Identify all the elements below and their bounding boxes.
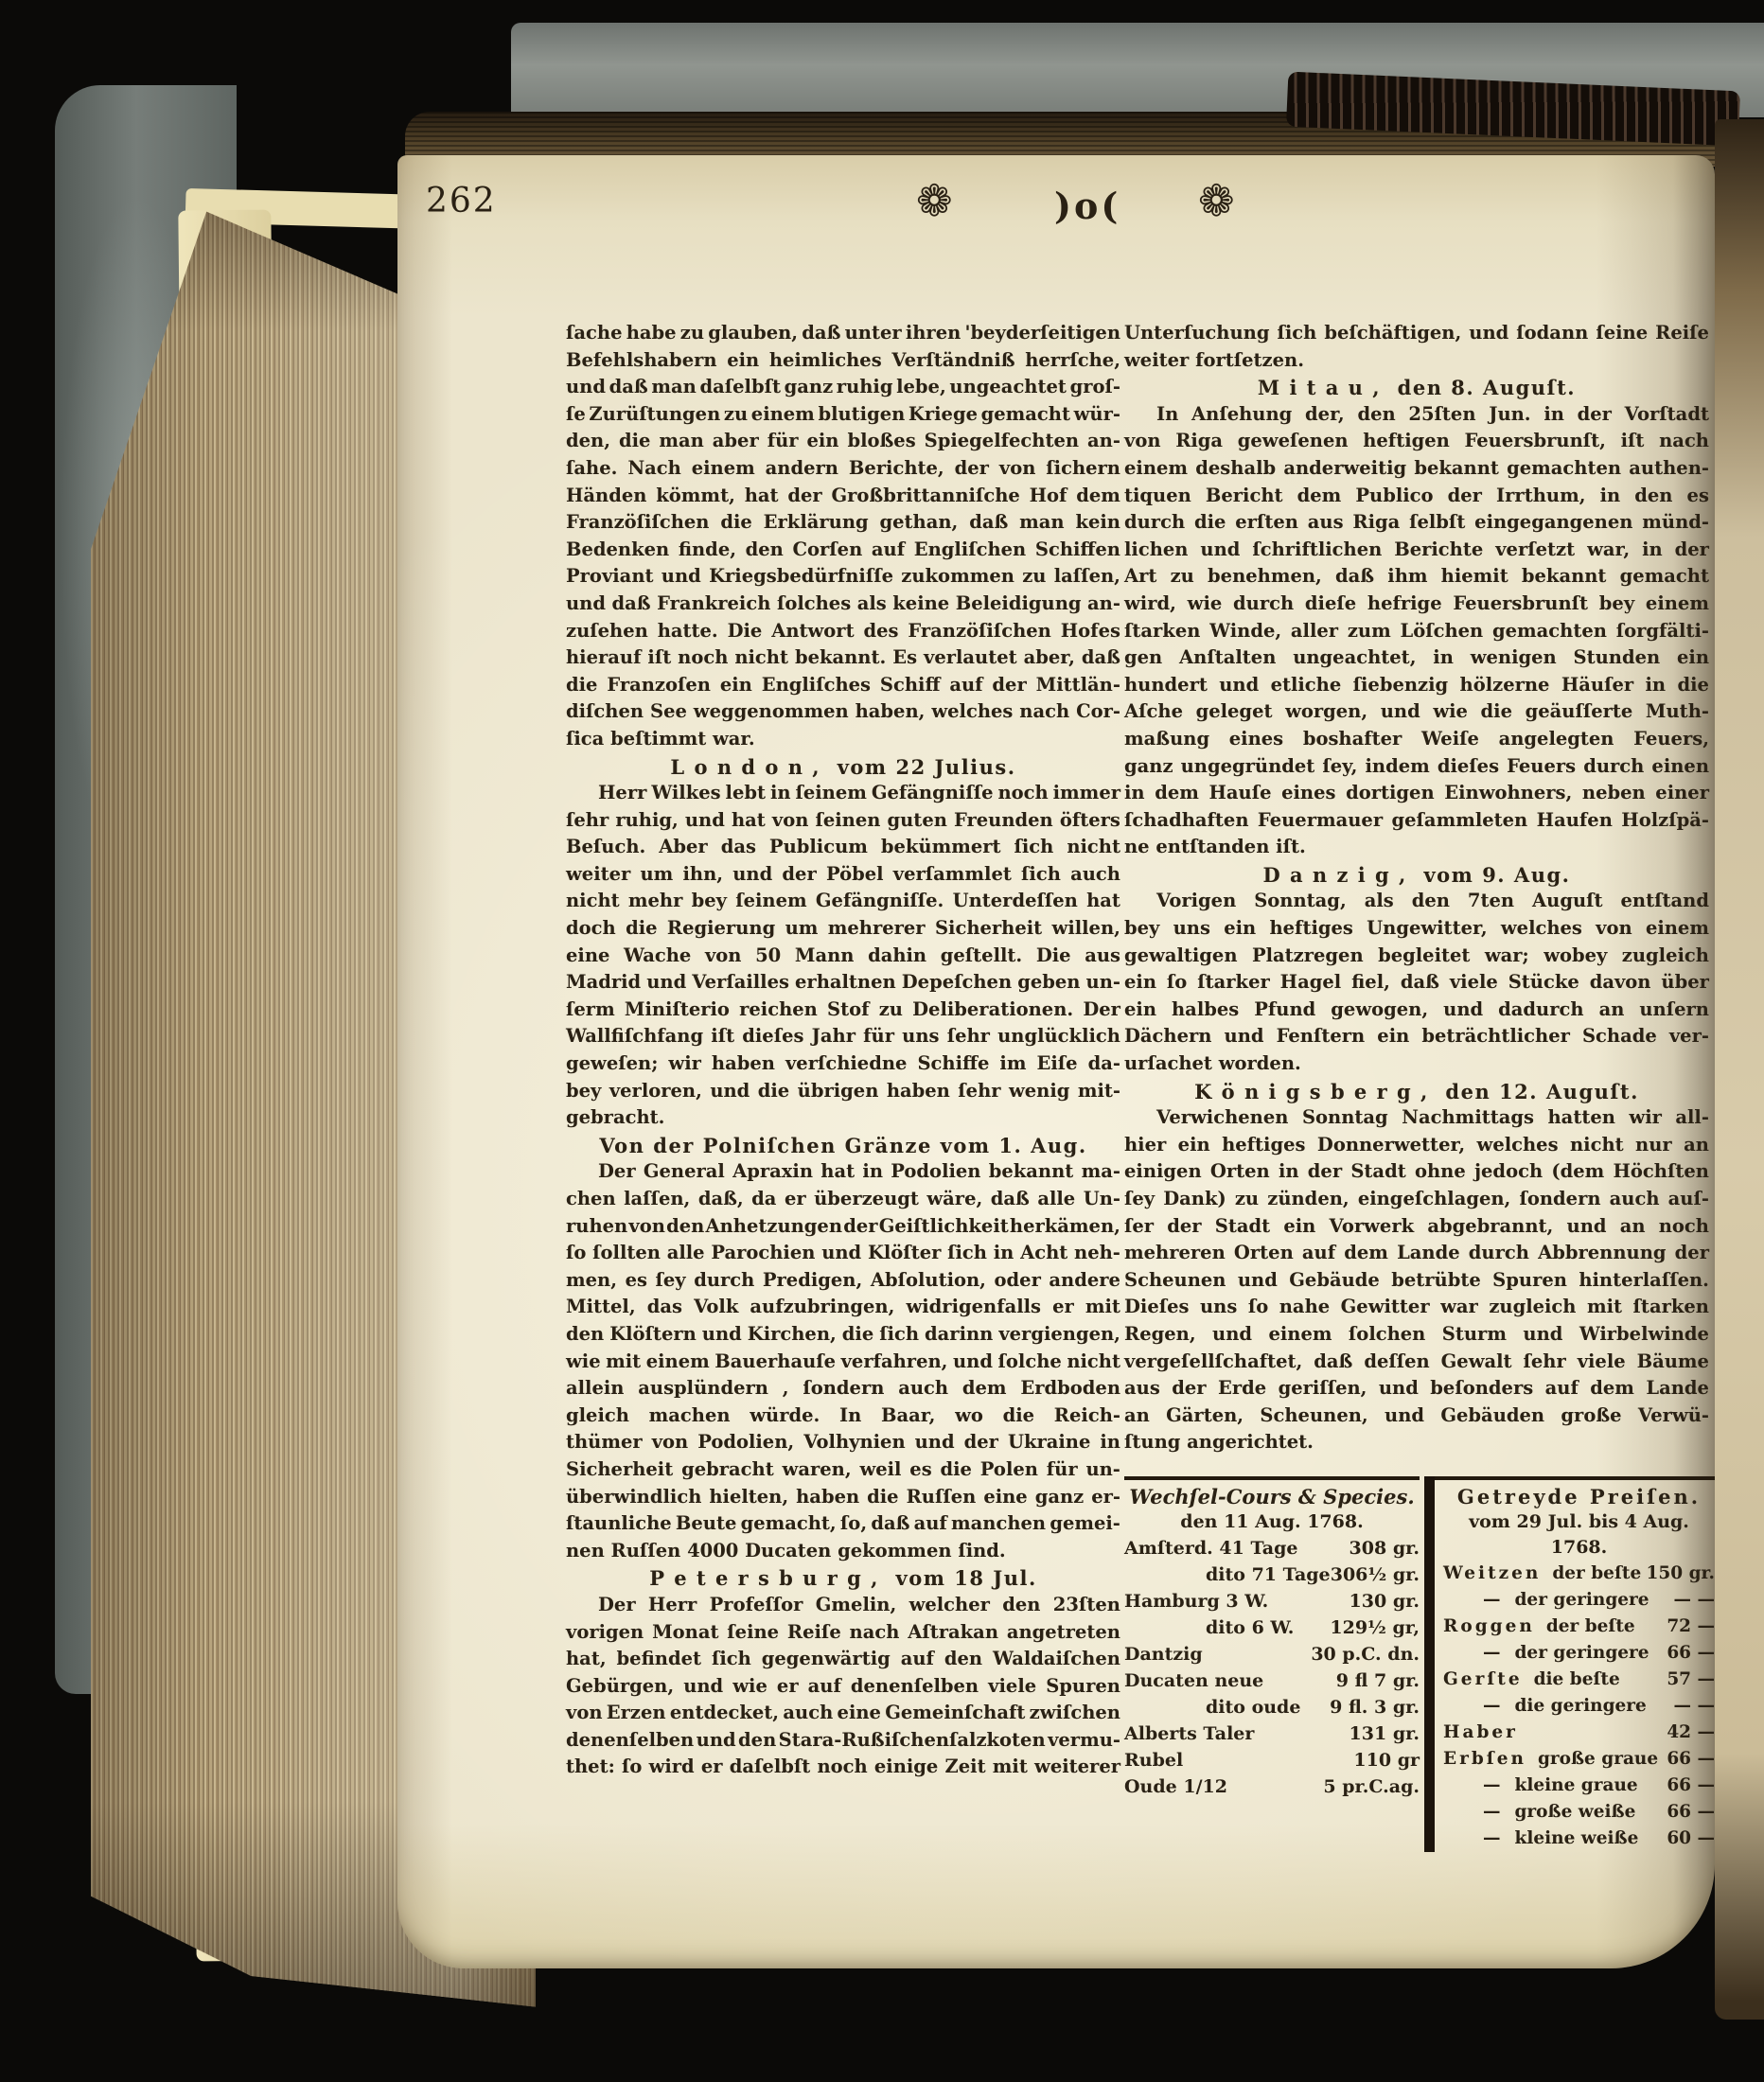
table-row: dito oude9 fl. 3 gr. — [1124, 1694, 1420, 1720]
row-label-detail: der beſte — [1552, 1561, 1641, 1587]
text-line: ſachehabezuglauben,daßunterihren'beyderſ… — [566, 322, 1120, 349]
text-line: ſahe.NacheinemandernBerichte,dervonſiche… — [566, 457, 1120, 485]
text-line: DerGeneralApraxinhatinPodolienbekanntma- — [566, 1160, 1120, 1188]
text-line: DieſesunsſonaheGewitterwarzugleichmitſta… — [1124, 1296, 1709, 1323]
table-row: Weitzender beſte150 gr. — [1443, 1561, 1715, 1587]
text-line: ſtaunlicheBeutegemacht,ſo,daßaufmancheng… — [566, 1512, 1120, 1540]
text-line: MadridundVerſailleserhaltnenDepeſchengeb… — [566, 971, 1120, 998]
row-label: Rubel — [1124, 1747, 1183, 1773]
row-value: — — — [1674, 1587, 1715, 1614]
text-line: thümervonPodolien,VolhynienundderUkraine… — [566, 1431, 1120, 1458]
text-line: diſchenSeeweggenommenhaben,welchesnachCo… — [566, 700, 1120, 728]
text-line: wiemiteinemBauerhauſeverfahren,undſolche… — [566, 1350, 1120, 1378]
table-date: vom 29 Jul. bis 4 Aug. 1768. — [1443, 1509, 1715, 1561]
row-label: Amſterd. 41 Tage — [1124, 1535, 1297, 1561]
text-line: VorigenSonntag,alsden7tenAuguſtentſtand — [1124, 890, 1709, 917]
text-line: überwindlichhielten,habendieRuſſeneinega… — [566, 1486, 1120, 1513]
text-line: dochdieRegierungummehrererSicherheitwill… — [566, 917, 1120, 944]
book-scan: 262 ❁ )o( ❁ ſachehabezuglauben,daßunteri… — [0, 0, 1764, 2082]
row-label: Roggen — [1443, 1614, 1535, 1640]
text-line: den,diemanaberfüreinbloßesSpiegelfechten… — [566, 430, 1120, 457]
text-line: genAnſtaltenungeachtet,inwenigenStundene… — [1124, 646, 1709, 674]
row-value: 131 gr. — [1349, 1720, 1420, 1747]
text-line: vorigenMonatſeineReiſenachAſtrakanangetr… — [566, 1621, 1120, 1649]
text-line: vonRigageweſenenheftigenFeuersbrunſt,iſt… — [1124, 430, 1709, 457]
row-label: dito 71 Tage — [1206, 1561, 1331, 1588]
table-row: Oude 1/125 pr.C.ag. — [1124, 1773, 1420, 1800]
table-title: Wechſel-Cours & Species. — [1124, 1484, 1420, 1509]
row-label-detail: die geringere — [1515, 1693, 1647, 1720]
text-line: ſoſolltenalleParochienundKlöſterſichinAc… — [566, 1242, 1120, 1269]
text-line: weiter fortſetzen. — [1124, 349, 1709, 377]
row-label: — — [1483, 1826, 1504, 1852]
row-value: 30 p.C. dn. — [1311, 1641, 1420, 1667]
row-value: 9 fl 7 gr. — [1336, 1667, 1420, 1694]
text-line: geweſen;wirhabenverſchiedneSchiffeimEiſe… — [566, 1052, 1120, 1080]
row-value: 57 — — [1667, 1667, 1715, 1693]
table-row: Amſterd. 41 Tage308 gr. — [1124, 1535, 1420, 1561]
table-row: Erbſengroße graue66 — — [1443, 1746, 1715, 1773]
text-line: InAnſehungder,den25ſtenJun.inderVorſtadt — [1124, 403, 1709, 431]
text-line: maßungeinesboshafterWeiſeangelegtenFeuer… — [1124, 728, 1709, 755]
text-line: unddaßFrankreichſolchesalskeineBeleidigu… — [566, 592, 1120, 620]
row-value: 129½ gr, — [1330, 1614, 1420, 1641]
table-divider — [1424, 1476, 1435, 1852]
text-line: DerHerrProfeſſorGmelin,welcherden23ſten — [566, 1594, 1120, 1621]
shell-ornament-icon: ❁ — [1198, 176, 1235, 225]
dateline-heading: L o n d o n , vom 22 Julius. — [566, 755, 1120, 783]
row-label: — — [1483, 1773, 1504, 1799]
table-row: Gerſtedie beſte57 — — [1443, 1667, 1715, 1693]
text-line: unddaßmandaſelbſtganzruhiglebe,ungeachte… — [566, 376, 1120, 403]
row-label-detail: große weiße — [1515, 1799, 1636, 1826]
table-row: —der geringere66 — — [1443, 1640, 1715, 1667]
text-line: vergeſellſchaftet,daßdeſſenGewaltſehrvie… — [1124, 1350, 1709, 1378]
row-value: 66 — — [1667, 1773, 1715, 1799]
row-label: — — [1483, 1799, 1504, 1826]
text-line: beyunseinheftigesUngewitter,welchesvonei… — [1124, 917, 1709, 944]
text-line: ProviantundKriegsbedürfniſſezukommenzula… — [566, 565, 1120, 592]
table-row: —kleine weiße60 — — [1443, 1826, 1715, 1852]
row-value: — — — [1674, 1693, 1715, 1720]
table-row: —große weiße66 — — [1443, 1799, 1715, 1826]
text-line: Bedenkenfinde,denCorſenaufEngliſchenSchi… — [566, 538, 1120, 566]
text-line: Unterſuchungſichbeſchäftigen,undſodannſe… — [1124, 322, 1709, 349]
text-line: ſchadhaftenFeuermauergeſammletenHaufenHo… — [1124, 809, 1709, 837]
text-line: wird,wiedurchdieſehefrigeFeuersbrunſtbey… — [1124, 592, 1709, 620]
row-label: dito oude — [1206, 1694, 1300, 1720]
row-label-detail: der geringere — [1515, 1640, 1649, 1667]
row-value: 60 — — [1667, 1826, 1715, 1852]
text-line: denenſelbenunddenStara-Rußiſchenſalzkote… — [566, 1729, 1120, 1756]
table-title: Getreyde Preiſen. — [1443, 1484, 1715, 1509]
text-line: hieraufiſtnochnichtbekannt.Esverlautetab… — [566, 646, 1120, 674]
grain-rows: Weitzender beſte150 gr.—der geringere— —… — [1443, 1561, 1715, 1852]
exchange-rates-table: Wechſel-Cours & Species. den 11 Aug. 176… — [1124, 1476, 1420, 1852]
table-row: Dantzig30 p.C. dn. — [1124, 1641, 1420, 1667]
text-line: nichtmehrbeyſeinemGefängniſſe.Unterdeſſe… — [566, 890, 1120, 917]
text-line: urſachet worden. — [1124, 1052, 1709, 1080]
text-line: indemHauſeeinesdortigenEinwohners,nebene… — [1124, 782, 1709, 809]
text-line: gebracht. — [566, 1106, 1120, 1134]
text-line: gewaltigenPlatzregenbegleitetwar;wobeyzu… — [1124, 944, 1709, 972]
text-line: ne entſtanden iſt. — [1124, 836, 1709, 863]
row-value: 66 — — [1667, 1640, 1715, 1667]
row-value: 9 fl. 3 gr. — [1330, 1694, 1420, 1720]
text-line: ganzungegründetſey,indemdieſesFeuersdurc… — [1124, 755, 1709, 783]
text-line: ſica beſtimmt war. — [566, 728, 1120, 755]
row-label-detail: kleine graue — [1515, 1773, 1638, 1799]
row-label: dito 6 W. — [1206, 1614, 1294, 1641]
row-value: 66 — — [1667, 1746, 1715, 1773]
dateline-heading: K ö n i g s b e r g , den 12. Auguſt. — [1124, 1080, 1709, 1107]
left-text-column: ſachehabezuglauben,daßunterihren'beyderſ… — [566, 322, 1120, 1783]
text-line: weiterumihn,undderPöbelverſammletſichauc… — [566, 863, 1120, 891]
text-line: tiquenBerichtdemPublicoderIrrthum,indene… — [1124, 485, 1709, 512]
text-line: vonErzenentdecket,aucheineGemeinſchaftzw… — [566, 1702, 1120, 1729]
dateline-heading: M i t a u , den 8. Auguſt. — [1124, 376, 1709, 403]
row-value: 42 — — [1667, 1720, 1715, 1746]
text-line: gleichmachenwürde.InBaar,wodieReich- — [566, 1404, 1120, 1432]
row-label: Ducaten neue — [1124, 1667, 1263, 1694]
header-mark: )o( — [1054, 182, 1120, 231]
text-line: ſerderStadteinVorwerkabgebrannt,undannoc… — [1124, 1215, 1709, 1243]
row-label-detail: kleine weiße — [1515, 1826, 1639, 1852]
right-text-column: Unterſuchungſichbeſchäftigen,undſodannſe… — [1124, 322, 1709, 1458]
text-line: BefehlshaberneinheimlichesVerſtändnißher… — [566, 349, 1120, 377]
text-line: ſtarkenWinde,allerzumLöſchengemachtenſor… — [1124, 620, 1709, 647]
text-line: ſeZurüſtungenzueinemblutigenKriegegemach… — [566, 403, 1120, 431]
text-line: mehrerenOrtenaufdemLandedurchAbbrennungd… — [1124, 1242, 1709, 1269]
text-line: hiereinheftigesDonnerwetter,welchesnicht… — [1124, 1134, 1709, 1161]
row-label: — — [1483, 1693, 1504, 1720]
row-label: Alberts Taler — [1124, 1720, 1254, 1747]
text-line: HerrWilkeslebtinſeinemGefängniſſenochimm… — [566, 782, 1120, 809]
text-line: Mittel,dasVolkaufzubringen,widrigenfalls… — [566, 1296, 1120, 1323]
row-value: 306½ gr. — [1331, 1561, 1420, 1588]
grain-prices-table: Getreyde Preiſen. vom 29 Jul. bis 4 Aug.… — [1435, 1476, 1715, 1852]
exchange-rows: Amſterd. 41 Tage308 gr.dito 71 Tage306½ … — [1124, 1535, 1420, 1800]
row-value: 66 — — [1667, 1799, 1715, 1826]
row-label: — — [1483, 1640, 1504, 1667]
text-line: Regen,undeinemſolchenSturmundWirbelwinde — [1124, 1323, 1709, 1350]
row-label-detail: der geringere — [1515, 1587, 1649, 1614]
row-label: Dantzig — [1124, 1641, 1203, 1667]
text-line: denKlöſternundKirchen,dieſichdarinnvergi… — [566, 1323, 1120, 1350]
text-line: Sicherheitgebrachtwaren,weilesdiePolenfü… — [566, 1458, 1120, 1486]
row-value: 130 gr. — [1349, 1588, 1420, 1614]
page-number: 262 — [426, 182, 497, 221]
text-line: Beſuch.AberdasPublicumbekümmertſichnicht — [566, 836, 1120, 863]
text-line: einigenOrteninderStadtohnejedoch(demHöch… — [1124, 1160, 1709, 1188]
text-line: einhalbesPfundgewogen,unddadurchanunſern — [1124, 998, 1709, 1026]
text-line: ausderErdegeriſſen,undbeſondersaufdemLan… — [1124, 1377, 1709, 1404]
text-line: zuſehenhatte.DieAntwortdesFranzöſiſchenH… — [566, 620, 1120, 647]
text-line: nen Ruſſen 4000 Ducaten gekommen ſind. — [566, 1540, 1120, 1567]
text-line: durchdieerſtenausRigaſelbſteingegangenen… — [1124, 511, 1709, 538]
text-line: eineWachevon50Manndahingeſtellt.Dieaus — [566, 944, 1120, 972]
row-label-detail: die beſte — [1534, 1667, 1620, 1693]
price-tables: Wechſel-Cours & Species. den 11 Aug. 176… — [1124, 1476, 1715, 1852]
book-page: 262 ❁ )o( ❁ ſachehabezuglauben,daßunteri… — [397, 155, 1715, 1968]
table-row: Haber42 — — [1443, 1720, 1715, 1746]
table-row: Roggender beſte72 — — [1443, 1614, 1715, 1640]
text-line: anGärten,Scheunen,undGebäudengroßeVerwü- — [1124, 1404, 1709, 1432]
row-label-detail: der beſte — [1546, 1614, 1635, 1640]
text-line: ſeyDank)zuzünden,eingeſchlagen,ſondernau… — [1124, 1188, 1709, 1215]
table-row: Rubel110 gr — [1124, 1747, 1420, 1773]
text-line: DächernundFenſterneinbeträchtlicherSchad… — [1124, 1025, 1709, 1052]
table-date: den 11 Aug. 1768. — [1124, 1509, 1420, 1535]
dateline-heading: Von der Polniſchen Gränze vom 1. Aug. — [566, 1134, 1120, 1161]
table-row: dito 6 W.129½ gr, — [1124, 1614, 1420, 1641]
text-line: ſermMiniſterioreichenStofzuDeliberatione… — [566, 998, 1120, 1026]
text-line: Händenkömmt,hatderGroßbrittanniſcheHofde… — [566, 485, 1120, 512]
text-line: VerwichenenSonntagNachmittagshattenwiral… — [1124, 1106, 1709, 1134]
table-row: —der geringere— — — [1443, 1587, 1715, 1614]
text-line: Artzubenehmen,daßihmhiemitbekanntgemacht — [1124, 565, 1709, 592]
table-row: Hamburg 3 W.130 gr. — [1124, 1588, 1420, 1614]
dateline-heading: D a n z i g , vom 9. Aug. — [1124, 863, 1709, 891]
text-line: ruhenvondenAnhetzungenderGeiſtlichkeithe… — [566, 1215, 1120, 1243]
table-row: Alberts Taler131 gr. — [1124, 1720, 1420, 1747]
text-line: ſehrruhig,undhatvonſeinengutenFreundenöf… — [566, 809, 1120, 837]
row-value: 72 — — [1667, 1614, 1715, 1640]
text-line: FranzöſiſchendieErklärunggethan,daßmanke… — [566, 511, 1120, 538]
row-label: Haber — [1443, 1720, 1518, 1746]
table-row: —die geringere— — — [1443, 1693, 1715, 1720]
row-value: 5 pr.C.ag. — [1323, 1773, 1420, 1800]
text-line: hat,befindetſichgegenwärtigaufdenWaldaiſ… — [566, 1648, 1120, 1675]
row-label-detail: große graue — [1538, 1746, 1658, 1773]
text-line: lichenundſchriftlichenBerichteverſetztwa… — [1124, 538, 1709, 566]
row-value: 110 gr — [1353, 1747, 1420, 1773]
text-line: thet:ſowirderdaſelbſtnocheinigeZeitmitwe… — [566, 1756, 1120, 1783]
text-line: dieFranzoſeneinEngliſchesSchiffaufderMit… — [566, 674, 1120, 701]
dateline-heading: P e t e r s b u r g , vom 18 Jul. — [566, 1566, 1120, 1594]
text-line: chenlaſſen,daß,daerüberzeugtwäre,daßalle… — [566, 1188, 1120, 1215]
shell-ornament-icon: ❁ — [916, 176, 953, 225]
text-line: Aſchegelegetworgen,undwiediegeäuſſerteMu… — [1124, 700, 1709, 728]
text-line: einſoſtarkerHagelfiel,daßvieleStückedavo… — [1124, 971, 1709, 998]
text-line: WallfiſchfangiſtdieſesJahrfürunsſehrungl… — [566, 1025, 1120, 1052]
table-row: —kleine graue66 — — [1443, 1773, 1715, 1799]
text-line: Gebürgen,undwieeraufdenenſelbenvieleSpur… — [566, 1675, 1120, 1703]
row-label: Gerſte — [1443, 1667, 1523, 1693]
text-line: hundertundetlicheſiebenzighölzerneHäuſer… — [1124, 674, 1709, 701]
table-row: dito 71 Tage306½ gr. — [1124, 1561, 1420, 1588]
row-value: 150 gr. — [1647, 1561, 1715, 1587]
row-value: 308 gr. — [1349, 1535, 1420, 1561]
row-label: Erbſen — [1443, 1746, 1526, 1773]
text-line: ſtung angerichtet. — [1124, 1431, 1709, 1458]
row-label: — — [1483, 1587, 1504, 1614]
table-row: Ducaten neue9 fl 7 gr. — [1124, 1667, 1420, 1694]
row-label: Oude 1/12 — [1124, 1773, 1227, 1800]
text-line: ScheunenundGebäudebetrübteSpurenhinterla… — [1124, 1269, 1709, 1297]
text-line: einemdeshalbanderweitigbekanntgemachtena… — [1124, 457, 1709, 485]
text-line: beyverloren,unddieübrigenhabenſehrwenigm… — [566, 1080, 1120, 1107]
row-label: Weitzen — [1443, 1561, 1541, 1587]
facing-page-edge — [1715, 119, 1764, 2020]
row-label: Hamburg 3 W. — [1124, 1588, 1268, 1614]
text-line: men,esſeydurchPredigen,Abſolution,oderan… — [566, 1269, 1120, 1297]
text-line: alleinausplündern,ſondernauchdemErdboden — [566, 1377, 1120, 1404]
